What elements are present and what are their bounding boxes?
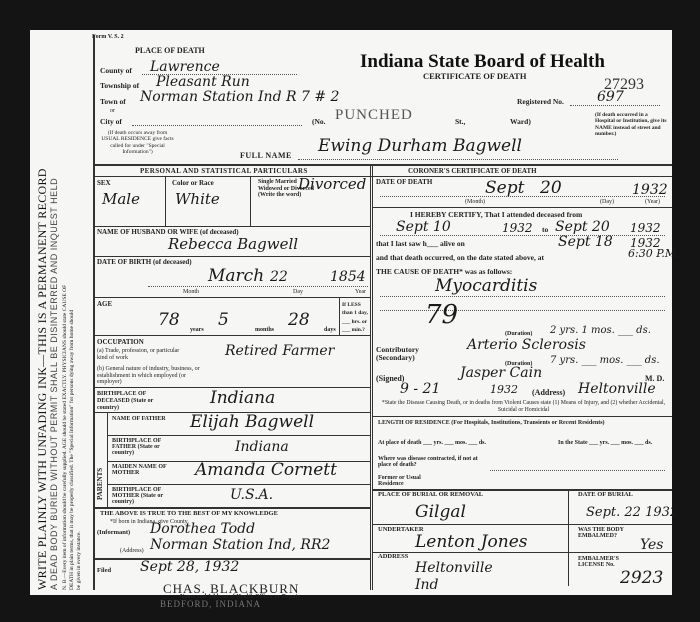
county-label: County of [100,67,132,75]
state-disease-note: *State the Disease Causing Death, or in … [376,400,671,414]
township-label: Township of [100,82,139,90]
death-occurred-text: and that death occurred, on the date sta… [376,254,544,262]
attended-to-year: 1932 [630,222,661,234]
last-saw-date: Sept 18 [558,235,613,249]
age-label: AGE [97,301,112,308]
hospital-note: (If death occurred in a Hospital or Inst… [595,112,667,137]
father-name-value: Elijah Bagwell [190,414,314,431]
certify-text: I HEREBY CERTIFY, That I attended deceas… [410,211,582,219]
length-of-residence-label: LENGTH OF RESIDENCE (For Hospitals, Inst… [378,420,668,427]
city-label: City of [100,118,122,126]
father-birthplace-label: BIRTHPLACE OF FATHER (State or country) [112,438,172,456]
burial-date-label: DATE OF BURIAL [578,492,633,499]
place-of-death-heading: PLACE OF DEATH [135,47,205,55]
duration-2: 7 yrs. ___ mos. ___ ds. [550,356,660,366]
last-saw-label: that I last saw h___ alive on [376,240,465,248]
mother-name-value: Amanda Cornett [195,462,337,479]
town-label: Town of [100,98,126,106]
months-caption: months [255,327,274,333]
residence-note: (If death occurs away from USUAL RESIDEN… [100,130,175,155]
occupation-a-value: Retired Farmer [225,344,334,358]
registered-no-label: Registered No. [517,98,564,106]
embalmed-label: WAS THE BODY EMBALMED? [578,527,648,539]
residence-at-place: At place of death ___ yrs. ___ mos. ___ … [378,440,486,446]
sex-label: SEX [97,180,111,187]
center-divider [370,164,373,590]
disease-contracted-label: Where was disease contracted, if not at … [378,456,488,468]
date-of-death-month: Sept [485,180,524,197]
occupation-label: OCCUPATION [97,339,144,346]
father-birthplace-value: Indiana [235,440,289,454]
age-months: 5 [218,312,229,329]
date-of-death-year: 1932 [632,183,668,197]
attended-to: Sept 20 [555,220,610,234]
certificate-title: Indiana State Board of Health [360,52,605,71]
embalmer-license-label: EMBALMER'S LICENSE No. [578,556,638,568]
color-value: White [175,192,220,207]
full-name-value: Ewing Durham Bagwell [318,138,522,155]
dob-month: March [208,268,264,285]
age-years: 78 [158,312,180,329]
dob-label: DATE OF BIRTH (of deceased) [97,259,192,266]
attended-from: Sept 10 [396,220,451,234]
township-value: Pleasant Run [156,75,250,89]
sign-date: 9 - 21 [400,382,440,396]
punched-stamp: PUNCHED [335,108,413,123]
residence-in-state: In the State ___ yrs. ___ mos. ___ ds. [558,440,652,446]
sex-value: Male [102,192,140,207]
death-certificate: WRITE PLAINLY WITH UNFADING INK—THIS IS … [30,30,672,595]
dob-year: 1854 [330,270,366,284]
date-of-death-day: 20 [540,180,562,197]
years-caption: years [190,327,204,333]
occupation-a-label: (a) Trade, profession, or particular kin… [97,348,187,361]
age-days: 28 [288,312,310,329]
town-value: Norman Station Ind R 7 # 2 [140,90,339,104]
undertaker-address-label: ADDRESS [378,554,408,561]
contributory-value: Arterio Sclerosis [467,338,586,352]
informant-address-label: (Address) [120,548,144,554]
informant-value: Dorothea Todd [150,522,255,536]
day-caption: Day [293,289,303,295]
burial-place-label: PLACE OF BURIAL OR REMOVAL [378,492,483,499]
filed-label: Filed [97,568,111,575]
coroner-address-value: Heltonville [578,382,656,396]
mother-birthplace-label: BIRTHPLACE OF MOTHER (State or country) [112,487,172,505]
time-of-death: 6:30 P.M. [628,248,680,259]
spouse-value: Rebecca Bagwell [168,237,298,252]
dod-month-caption: (Month) [465,199,485,205]
birthplace-value: Indiana [210,390,275,407]
margin-instruction-2: A DEAD BODY BURIED WITHOUT PERMIT SHALL … [50,178,59,590]
registrar-city: BEDFORD, INDIANA [160,600,261,609]
filed-value: Sept 28, 1932 [140,560,239,574]
margin-instruction-1: WRITE PLAINLY WITH UNFADING INK—THIS IS … [36,168,48,590]
margin-instruction-4: DEATH in plain terms, that it may be pro… [70,310,76,590]
to-label: to [542,226,548,234]
dob-day: 22 [270,270,288,284]
year-caption: Year [355,289,366,295]
mother-name-label: MAIDEN NAME OF MOTHER [112,464,172,476]
mother-birthplace-value: U.S.A. [230,488,273,502]
date-of-death-label: DATE OF DEATH [376,179,432,186]
registered-no-value: 697 [597,90,624,104]
duration-1: 2 yrs. 1 mos. ___ ds. [550,326,651,336]
dod-day-caption: (Day) [600,199,614,205]
embalmer-license-value: 2923 [620,570,663,587]
informant-label: (Informant) [97,530,130,537]
undertaker-address-value: Heltonville Ind [415,560,485,594]
embalmed-value: Yes [640,538,664,552]
birthplace-label: BIRTHPLACE OF DECEASED (State or country… [97,391,167,412]
cause-label: THE CAUSE OF DEATH* was as follows: [376,268,512,276]
informant-statement: THE ABOVE IS TRUE TO THE BEST OF MY KNOW… [100,511,278,518]
signed-value: Jasper Cain [460,366,542,380]
street-no-label: (No. [312,118,326,126]
st-label: St., [455,118,465,126]
or-label: or [110,108,115,114]
coroner-address-label: (Address) [532,389,565,397]
marital-value: Divorced [298,177,366,192]
county-value: Lawrence [150,60,220,74]
margin-instruction-3: N. B.—Every item of information should b… [63,285,69,590]
burial-place-value: Gilgal [415,504,466,521]
father-name-label: NAME OF FATHER [112,416,172,422]
former-residence-label: Former or Usual Residence [378,475,438,487]
coroner-heading: CORONER'S CERTIFICATE OF DEATH [408,168,537,175]
personal-particulars-heading: PERSONAL AND STATISTICAL PARTICULARS [140,168,308,175]
undertaker-value: Lenton Jones [415,534,528,551]
less-than-label: If LESS than 1 day, ___ hrs. or ___ min.… [342,301,372,334]
margin-instruction-5: be given in every instance. [77,531,83,590]
cause-value: Myocarditis [435,278,537,295]
color-label: Color or Race [172,180,214,187]
full-name-label: FULL NAME [240,152,292,160]
days-caption: days [324,327,336,333]
dod-year-caption: (Year) [645,199,660,205]
form-id: Form V. S. 2 [92,34,124,40]
burial-date-value: Sept. 22 1932 [586,506,678,519]
cause-annotation: 79 [425,302,458,328]
certificate-subtitle: CERTIFICATE OF DEATH [423,72,526,81]
occupation-b-label: (b) General nature of industry, business… [97,366,212,386]
month-caption: Month [183,289,199,295]
sign-year: 1932 [490,384,518,395]
informant-address-value: Norman Station Ind, RR2 [150,538,330,552]
parents-side-label: PARENTS [97,468,104,500]
ward-label: Ward) [510,118,531,126]
contributory-label: Contributory (Secondary) [376,346,436,361]
attended-from-year: 1932 [502,222,533,234]
